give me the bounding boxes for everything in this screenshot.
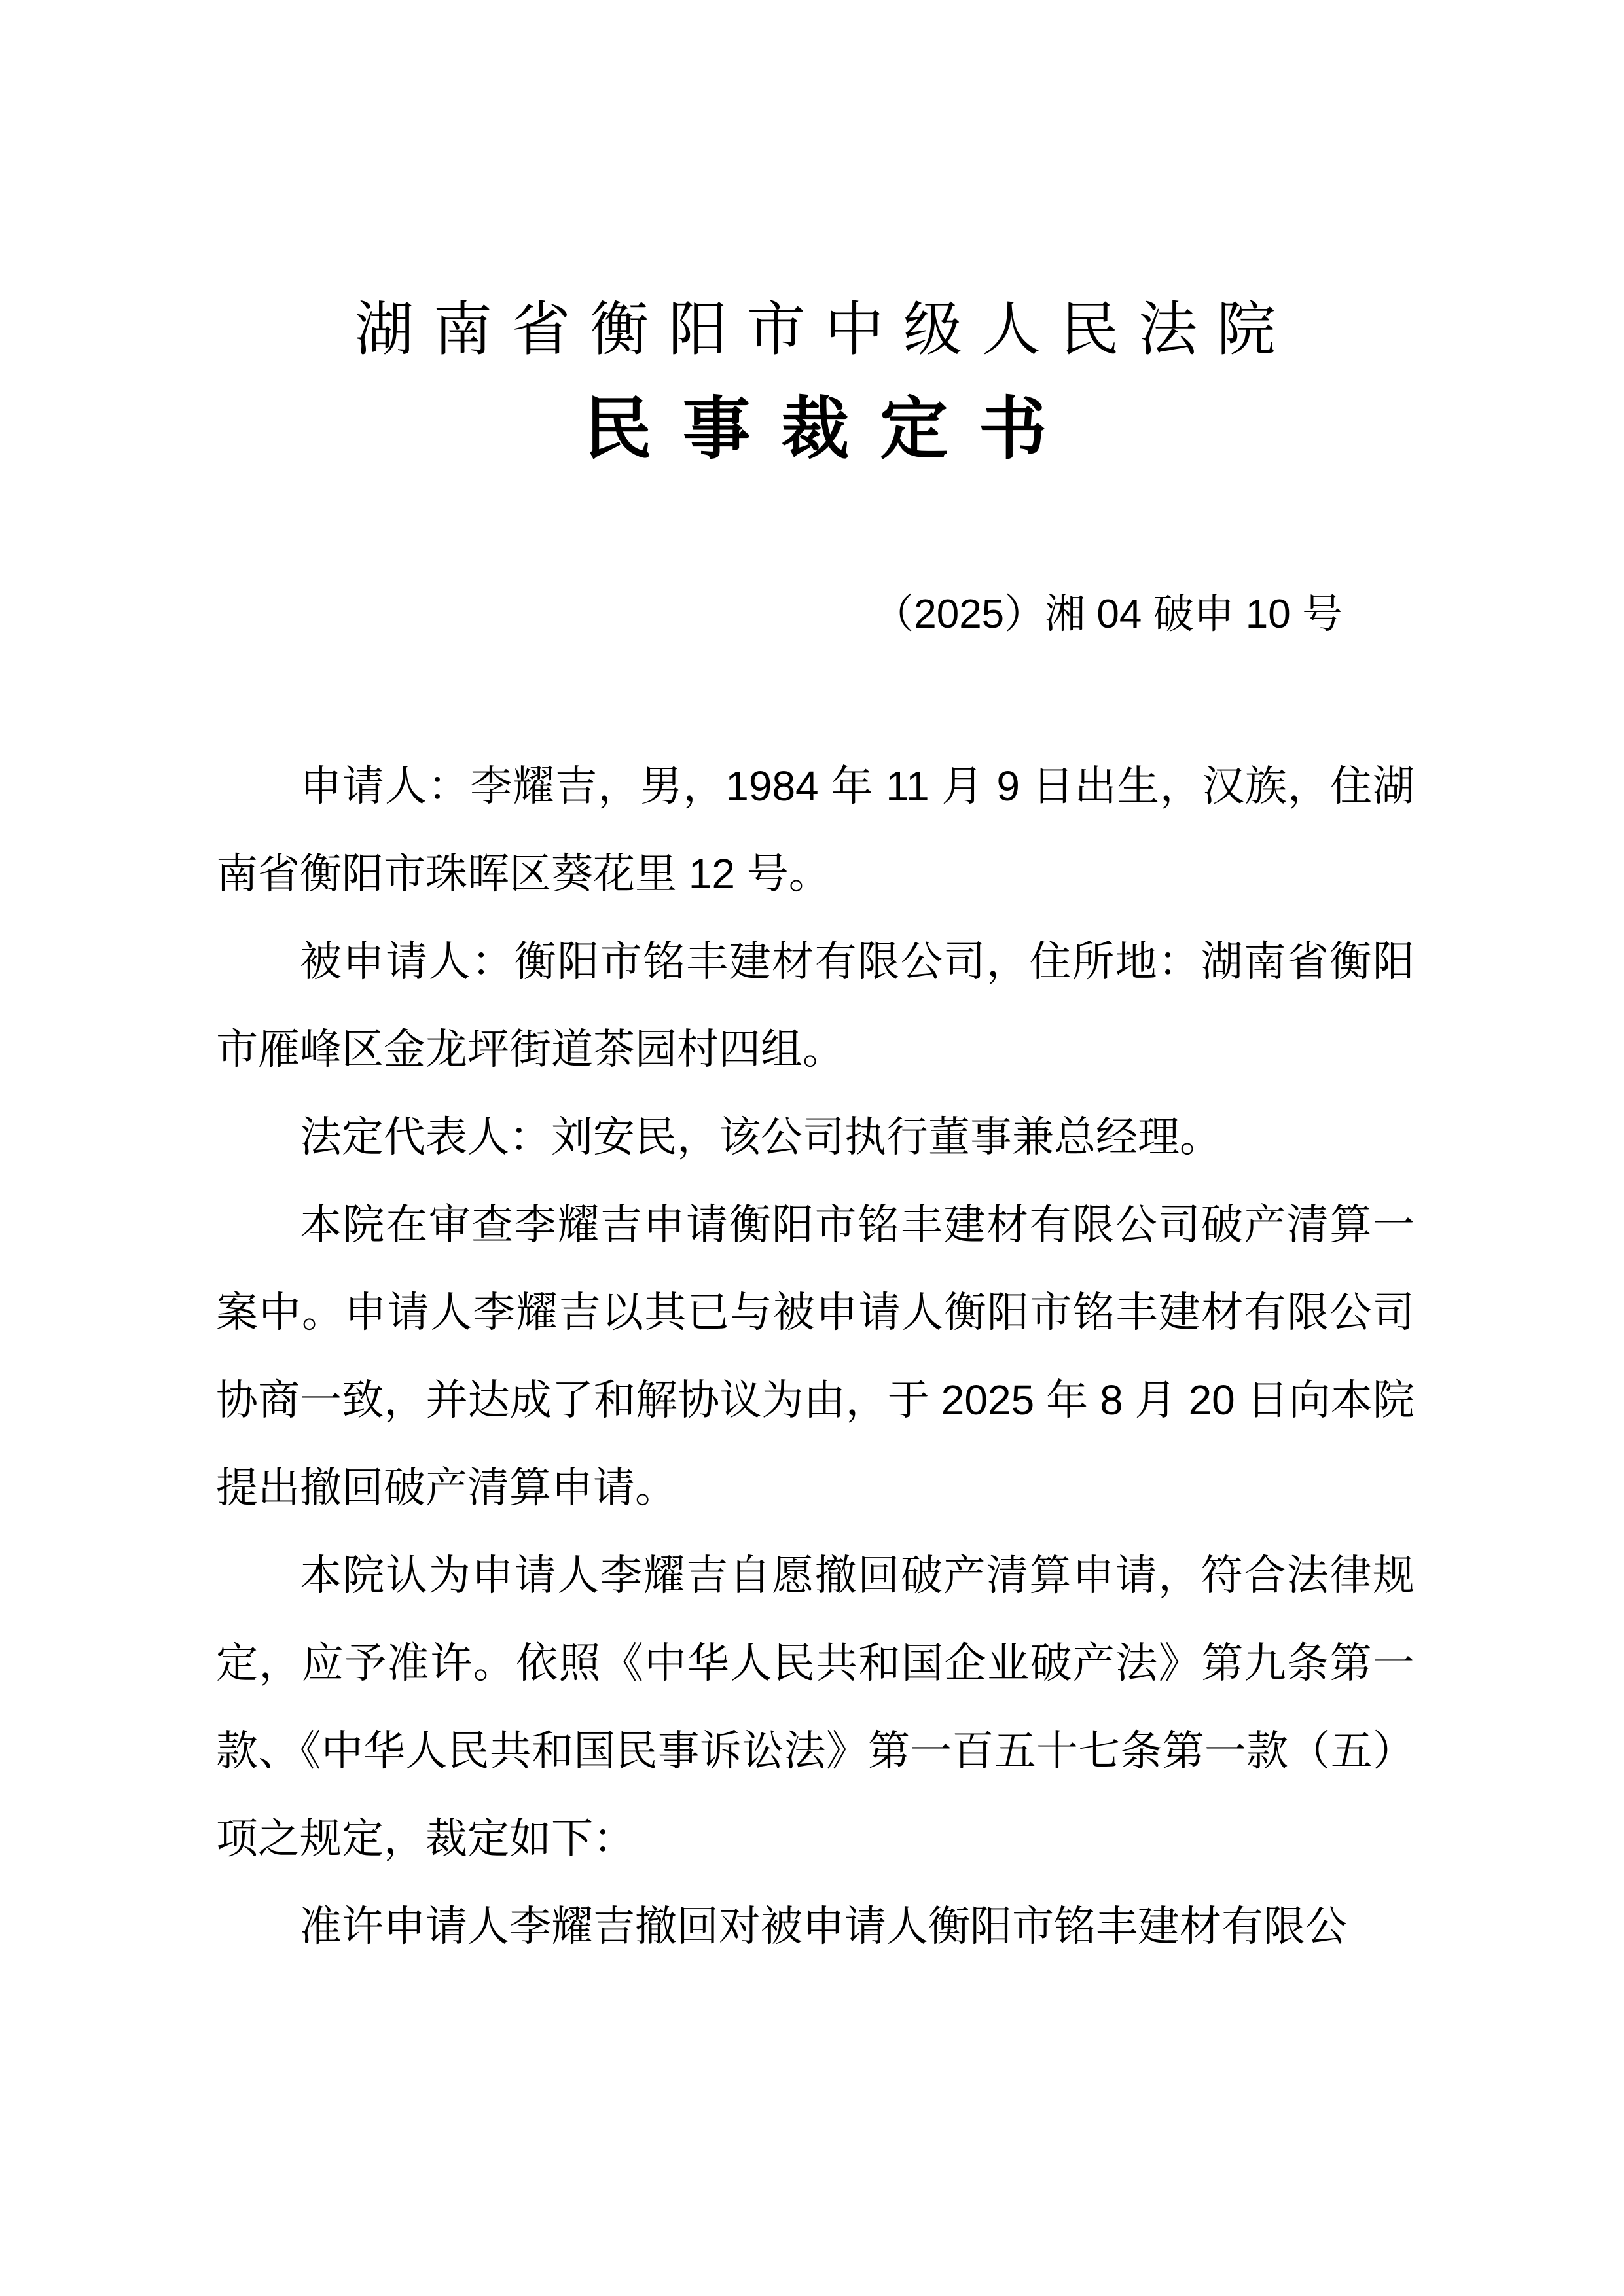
document-body: 申请人：李耀吉，男，1984 年 11 月 9 日出生，汉族，住湖南省衡阳市珠晖…	[216, 742, 1415, 1970]
respondent-paragraph: 被申请人：衡阳市铭丰建材有限公司，住所地：湖南省衡阳市雁峰区金龙坪街道茶园村四组…	[216, 918, 1415, 1093]
court-opinion-paragraph: 本院认为申请人李耀吉自愿撤回破产清算申请，符合法律规定，应予准许。依照《中华人民…	[216, 1532, 1415, 1882]
legal-representative-paragraph: 法定代表人：刘安民，该公司执行董事兼总经理。	[216, 1093, 1415, 1181]
document-title: 民事裁定书	[216, 389, 1415, 471]
court-name: 湖南省衡阳市中级人民法院	[216, 295, 1415, 365]
case-review-paragraph: 本院在审查李耀吉申请衡阳市铭丰建材有限公司破产清算一案中。申请人李耀吉以其已与被…	[216, 1181, 1415, 1532]
applicant-paragraph: 申请人：李耀吉，男，1984 年 11 月 9 日出生，汉族，住湖南省衡阳市珠晖…	[216, 742, 1415, 918]
case-number: （2025）湘 04 破申 10 号	[216, 585, 1415, 644]
document-page: 湖南省衡阳市中级人民法院 民事裁定书 （2025）湘 04 破申 10 号 申请…	[0, 0, 1624, 2296]
ruling-paragraph: 准许申请人李耀吉撤回对被申请人衡阳市铭丰建材有限公	[216, 1882, 1415, 1970]
